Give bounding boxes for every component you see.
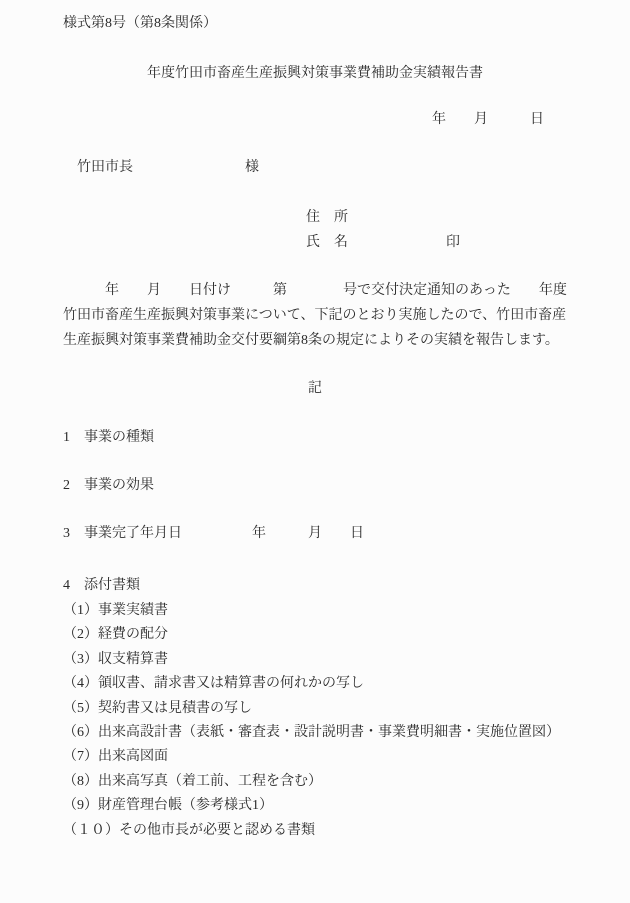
document-page: 様式第8号（第8条関係） 年度竹田市畜産生産振興対策事業費補助金実績報告書 年 … [0, 0, 630, 903]
numbered-item-1: 1 事業の種類 [63, 430, 154, 445]
attachment-item: （3）収支精算書 [63, 648, 560, 672]
attachment-item: （8）出来高写真（着工前、工程を含む） [63, 770, 560, 794]
address-label: 住 所 [306, 210, 348, 225]
body-paragraph-line: 竹田市畜産生産振興対策事業について、下記のとおり実施したので、竹田市畜産 [63, 303, 567, 328]
attachment-item: （9）財産管理台帳（参考様式1） [63, 794, 560, 818]
attachment-item: （6）出来高設計書（表紙・審査表・設計説明書・事業費明細書・実施位置図） [63, 721, 560, 745]
numbered-item-2: 2 事業の効果 [63, 478, 154, 493]
attachment-item: （4）領収書、請求書又は精算書の何れかの写し [63, 672, 560, 696]
attachment-item: （１０）その他市長が必要と認める書類 [63, 819, 560, 843]
record-marker: 記 [0, 381, 630, 396]
numbered-item-3: 3 事業完了年月日 年 月 日 [63, 526, 364, 541]
document-title: 年度竹田市畜産生産振興対策事業費補助金実績報告書 [0, 66, 630, 81]
form-number: 様式第8号（第8条関係） [63, 16, 217, 31]
body-paragraph-line: 年 月 日付け 第 号で交付決定通知のあった 年度 [63, 278, 567, 303]
name-seal-line: 氏 名 印 [306, 235, 460, 250]
attachment-item: （1）事業実績書 [63, 599, 560, 623]
attachment-item: （7）出来高図面 [63, 745, 560, 769]
body-paragraph-line: 生産振興対策事業費補助金交付要綱第8条の規定によりその実績を報告します。 [63, 328, 567, 353]
attachment-list: （1）事業実績書 （2）経費の配分 （3）収支精算書 （4）領収書、請求書又は精… [63, 599, 560, 843]
numbered-item-4: 4 添付書類 [63, 578, 140, 593]
body-paragraph: 年 月 日付け 第 号で交付決定通知のあった 年度 竹田市畜産生産振興対策事業に… [63, 278, 567, 353]
attachment-item: （2）経費の配分 [63, 623, 560, 647]
date-line: 年 月 日 [432, 112, 544, 127]
attachment-item: （5）契約書又は見積書の写し [63, 697, 560, 721]
addressee-line: 竹田市長 様 [63, 160, 259, 175]
